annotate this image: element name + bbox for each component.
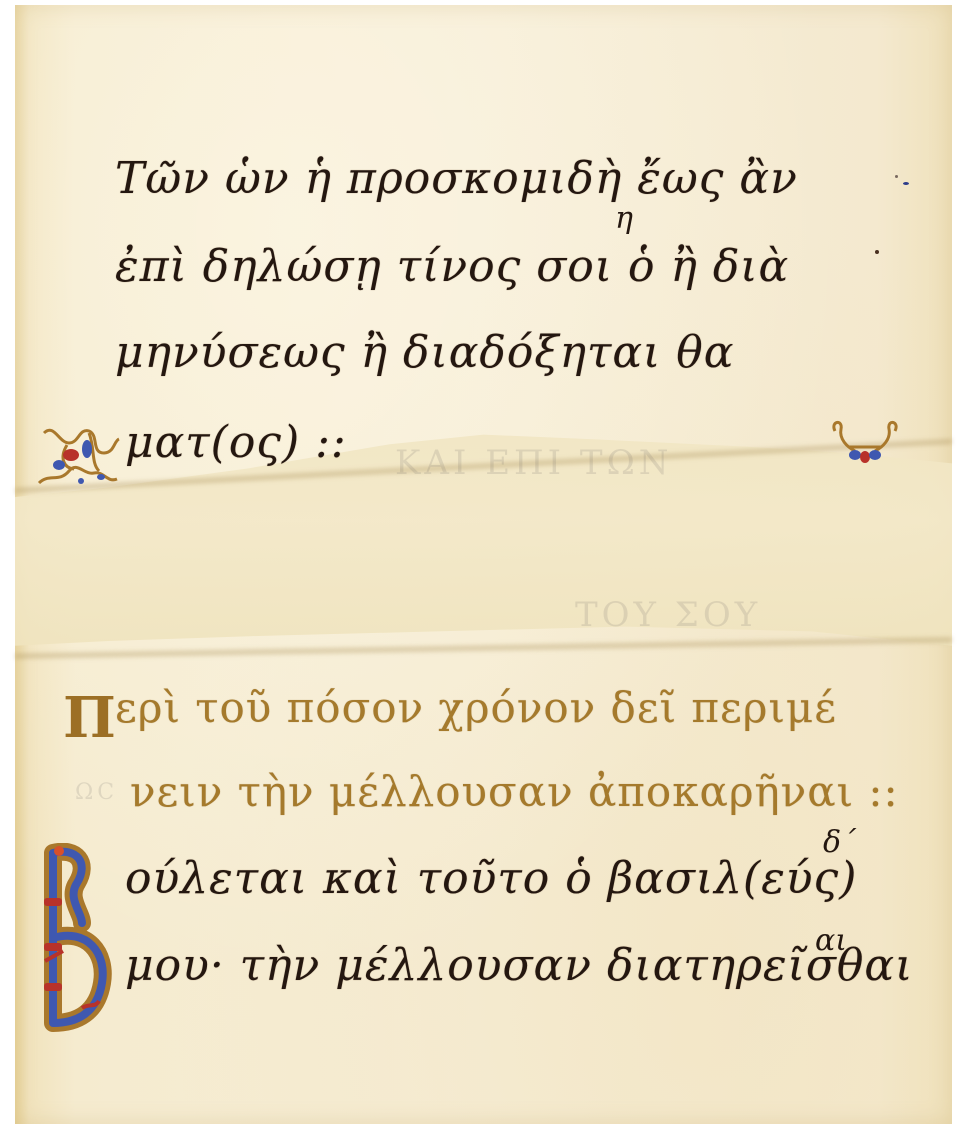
text-line: ούλεται καὶ τοῦτο ὁ βασιλ(εύς) xyxy=(125,853,857,904)
margin-note: δ΄ xyxy=(823,825,856,860)
ink-speck xyxy=(895,175,898,178)
rubric-line: νειν τὴν μέλλουσαν ἀποκαρῆναι :: xyxy=(130,767,899,816)
text-line: ἐπὶ δηλώσῃ τίνος σοι ὁ ἢ διὰ xyxy=(115,241,789,292)
ink-speck xyxy=(903,182,909,185)
show-through-text: ΤΟΥ ΣΟΥ xyxy=(575,595,761,635)
text-line: μου· τὴν μέλλουσαν διατηρεῖσθαι xyxy=(125,940,913,991)
rubric-initial: Π xyxy=(63,685,116,751)
superscript-ending: αι xyxy=(815,923,847,958)
illuminated-initial-icon xyxy=(37,843,123,1033)
text-line: μηνύσεως ἢ διαδόξηται θα xyxy=(115,327,734,378)
manuscript-folio: ΚΑΙ ΕΠΙ ΤΩΝ ΤΟΥ ΣΟΥ ΩC Τῶν ὡν ἡ προσκομι… xyxy=(15,5,952,1124)
interlace-ornament-icon xyxy=(29,413,129,503)
rubric-line: ερὶ τοῦ πόσον χρόνον δεῖ περιμέ xyxy=(115,683,837,732)
interlace-ornament-icon xyxy=(825,417,905,467)
text-line: Τῶν ὡν ἡ προσκομιδὴ ἔως ἂν xyxy=(115,153,798,204)
show-through-text: ΩC xyxy=(75,780,118,805)
repair-edge-bottom xyxy=(15,637,952,659)
show-through-text: ΚΑΙ ΕΠΙ ΤΩΝ xyxy=(395,443,673,483)
supralinear-note: η xyxy=(615,201,633,236)
ink-speck xyxy=(875,250,879,254)
text-line: ματ(ος) :: xyxy=(125,417,347,468)
